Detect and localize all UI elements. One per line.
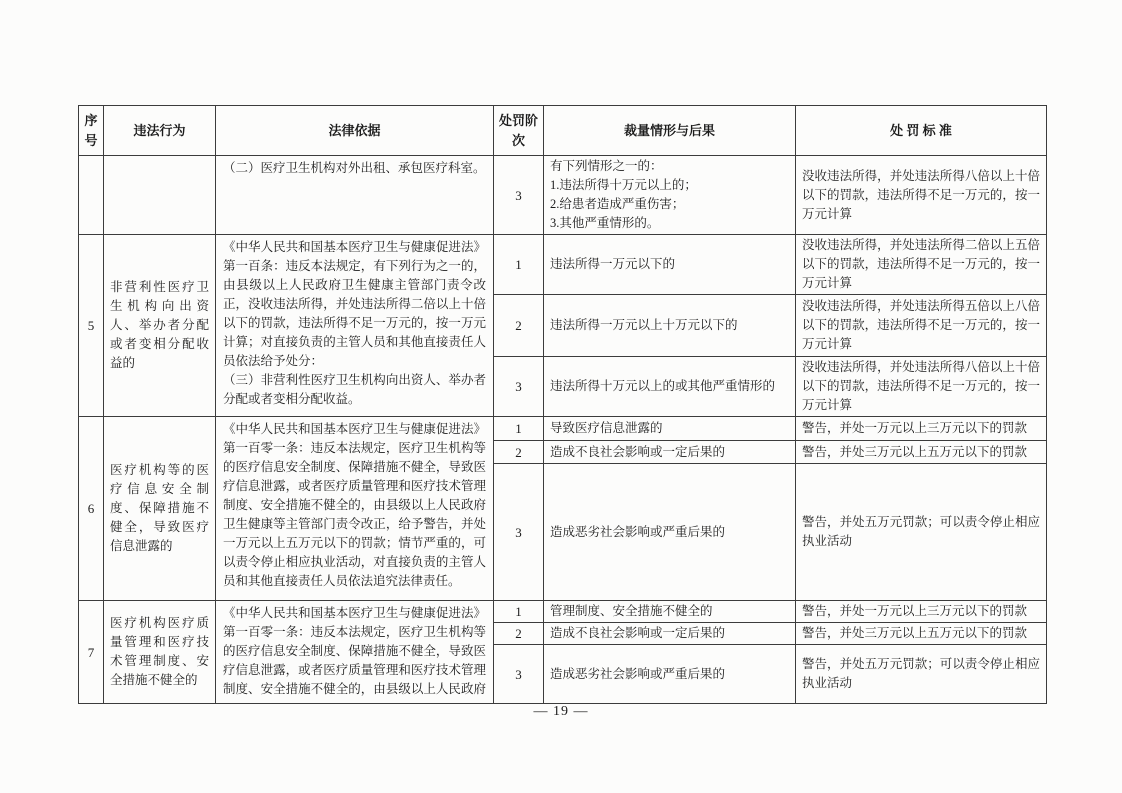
table-header-row: 序号 违法行为 法律依据 处罚阶次 裁量情形与后果 处 罚 标 准 xyxy=(79,106,1047,156)
header-behavior: 违法行为 xyxy=(104,106,216,156)
cell-item7-seq: 7 xyxy=(79,601,104,704)
table-row-item5-tier1: 5 非营利性医疗卫生机构向出资人、举办者分配或者变相分配收益的 《中华人民共和国… xyxy=(79,235,1047,295)
legal-basis-text: 《中华人民共和国基本医疗卫生与健康促进法》第一百条：违反本法规定，有下列行为之一… xyxy=(223,238,486,409)
cell-item4-tier3-situation: 有下列情形之一的： 1.违法所得十万元以上的； 2.给患者造成严重伤害； 3.其… xyxy=(544,156,796,235)
cell-item4-tier3-number: 3 xyxy=(494,156,544,235)
cell-item6-tier3-standard: 警告，并处五万元罚款；可以责令停止相应执业活动 xyxy=(796,464,1047,601)
header-penalty-standard: 处 罚 标 准 xyxy=(796,106,1047,156)
cell-item7-tier2-standard: 警告，并处三万元以上五万元以下的罚款 xyxy=(796,623,1047,645)
cell-item7-legal-basis: 《中华人民共和国基本医疗卫生与健康促进法》第一百零一条：违反本法规定，医疗卫生机… xyxy=(216,601,494,704)
cell-item7-tier1-standard: 警告，并处一万元以上三万元以下的罚款 xyxy=(796,601,1047,623)
cell-item6-tier3-situation: 造成恶劣社会影响或严重后果的 xyxy=(544,464,796,601)
header-legal-basis: 法律依据 xyxy=(216,106,494,156)
cell-item5-tier3-standard: 没收违法所得，并处违法所得八倍以上十倍以下的罚款，违法所得不足一万元的，按一万元… xyxy=(796,357,1047,417)
legal-basis-text: 《中华人民共和国基本医疗卫生与健康促进法》第一百零一条：违反本法规定，医疗卫生机… xyxy=(223,420,486,591)
cell-item4-seq xyxy=(79,156,104,235)
cell-item4-legal-basis: （二）医疗卫生机构对外出租、承包医疗科室。 xyxy=(216,156,494,235)
table-row-item4-tier3: （二）医疗卫生机构对外出租、承包医疗科室。 3 有下列情形之一的： 1.违法所得… xyxy=(79,156,1047,235)
cell-item5-tier1-number: 1 xyxy=(494,235,544,295)
cell-item6-tier2-standard: 警告，并处三万元以上五万元以下的罚款 xyxy=(796,441,1047,464)
cell-item6-tier2-number: 2 xyxy=(494,441,544,464)
cell-item6-seq: 6 xyxy=(79,417,104,601)
cell-item5-tier1-situation: 违法所得一万元以下的 xyxy=(544,235,796,295)
cell-item4-behavior xyxy=(104,156,216,235)
cell-item7-tier1-situation: 管理制度、安全措施不健全的 xyxy=(544,601,796,623)
cell-item6-tier2-situation: 造成不良社会影响或一定后果的 xyxy=(544,441,796,464)
cell-item7-tier3-situation: 造成恶劣社会影响或严重后果的 xyxy=(544,645,796,704)
cell-item7-tier2-number: 2 xyxy=(494,623,544,645)
cell-item4-tier3-standard: 没收违法所得，并处违法所得八倍以上十倍以下的罚款，违法所得不足一万元的，按一万元… xyxy=(796,156,1047,235)
header-situation: 裁量情形与后果 xyxy=(544,106,796,156)
page-number: — 19 — xyxy=(0,704,1122,720)
cell-item5-behavior: 非营利性医疗卫生机构向出资人、举办者分配或者变相分配收益的 xyxy=(104,235,216,417)
situation-text: 有下列情形之一的： 1.违法所得十万元以上的； 2.给患者造成严重伤害； 3.其… xyxy=(550,157,789,233)
cell-item5-tier2-number: 2 xyxy=(494,295,544,357)
cell-item7-tier1-number: 1 xyxy=(494,601,544,623)
cell-item6-behavior: 医疗机构等的医疗信息安全制度、保障措施不健全，导致医疗信息泄露的 xyxy=(104,417,216,601)
cell-item7-behavior: 医疗机构医疗质量管理和医疗技术管理制度、安全措施不健全的 xyxy=(104,601,216,704)
cell-item6-tier3-number: 3 xyxy=(494,464,544,601)
header-seq: 序号 xyxy=(79,106,104,156)
cell-item6-tier1-number: 1 xyxy=(494,417,544,441)
table-row-item6-tier1: 6 医疗机构等的医疗信息安全制度、保障措施不健全，导致医疗信息泄露的 《中华人民… xyxy=(79,417,1047,441)
header-penalty-tier: 处罚阶次 xyxy=(494,106,544,156)
cell-item5-legal-basis: 《中华人民共和国基本医疗卫生与健康促进法》第一百条：违反本法规定，有下列行为之一… xyxy=(216,235,494,417)
cell-item5-tier3-situation: 违法所得十万元以上的或其他严重情形的 xyxy=(544,357,796,417)
penalty-standards-table: 序号 违法行为 法律依据 处罚阶次 裁量情形与后果 处 罚 标 准 （二）医疗卫… xyxy=(78,105,1047,704)
cell-item5-tier2-situation: 违法所得一万元以上十万元以下的 xyxy=(544,295,796,357)
cell-item6-legal-basis: 《中华人民共和国基本医疗卫生与健康促进法》第一百零一条：违反本法规定，医疗卫生机… xyxy=(216,417,494,601)
cell-item7-tier2-situation: 造成不良社会影响或一定后果的 xyxy=(544,623,796,645)
cell-item5-tier1-standard: 没收违法所得，并处违法所得二倍以上五倍以下的罚款，违法所得不足一万元的，按一万元… xyxy=(796,235,1047,295)
legal-basis-text: 《中华人民共和国基本医疗卫生与健康促进法》第一百零一条：违反本法规定，医疗卫生机… xyxy=(223,604,486,700)
cell-item6-tier1-situation: 导致医疗信息泄露的 xyxy=(544,417,796,441)
cell-item7-tier3-number: 3 xyxy=(494,645,544,704)
cell-item5-seq: 5 xyxy=(79,235,104,417)
table-row-item7-tier1: 7 医疗机构医疗质量管理和医疗技术管理制度、安全措施不健全的 《中华人民共和国基… xyxy=(79,601,1047,623)
legal-basis-text: （二）医疗卫生机构对外出租、承包医疗科室。 xyxy=(223,159,486,178)
cell-item5-tier3-number: 3 xyxy=(494,357,544,417)
cell-item5-tier2-standard: 没收违法所得，并处违法所得五倍以上八倍以下的罚款，违法所得不足一万元的，按一万元… xyxy=(796,295,1047,357)
cell-item7-tier3-standard: 警告，并处五万元罚款；可以责令停止相应执业活动 xyxy=(796,645,1047,704)
cell-item6-tier1-standard: 警告，并处一万元以上三万元以下的罚款 xyxy=(796,417,1047,441)
